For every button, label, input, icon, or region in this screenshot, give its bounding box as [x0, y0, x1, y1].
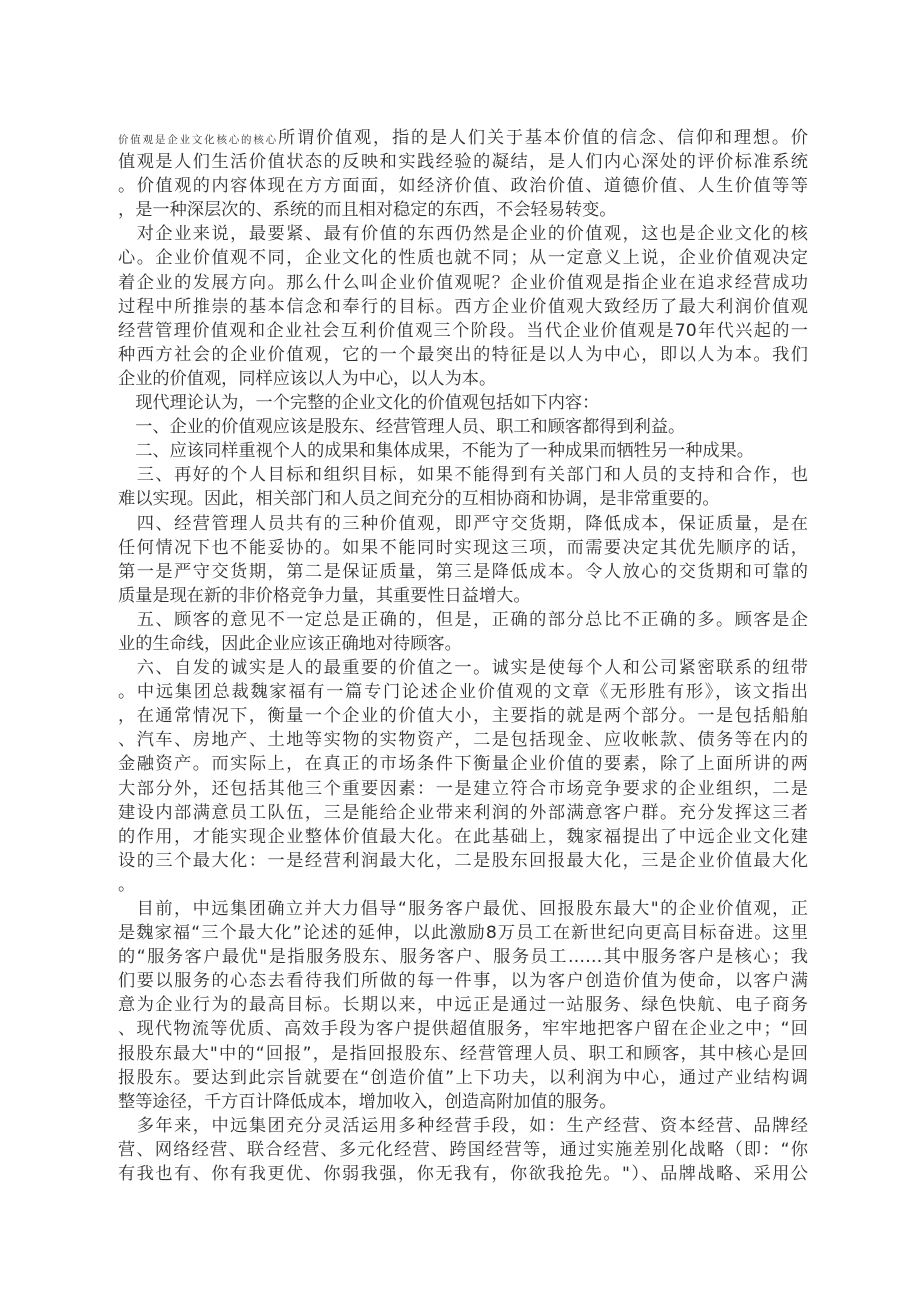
text-line-content: 所谓价值观，指的是人们关于基本价值的信念、信仰和理想。价	[278, 128, 808, 148]
text-line: 多年来，中远集团充分灵活运用多种经营手段，如：生产经营、资本经营、品牌经	[118, 1114, 808, 1138]
document-title-prefix: 价值观是企业文化核心的核心	[118, 134, 278, 146]
paragraph-intro: 价值观是企业文化核心的核心所谓价值观，指的是人们关于基本价值的信念、信仰和理想。…	[118, 126, 808, 222]
text-line: 。	[118, 873, 808, 897]
text-line: 着企业的发展方向。那么什么叫企业价值观呢？企业价值观是指企业在追求经营成功	[118, 271, 808, 295]
text-line: 价值观是企业文化核心的核心所谓价值观，指的是人们关于基本价值的信念、信仰和理想。…	[118, 126, 808, 150]
text-line: 的作用，才能实现企业整体价值最大化。在此基础上，魏家福提出了中远企业文化建	[118, 825, 808, 849]
text-line: 五、顾客的意见不一定总是正确的，但是，正确的部分总比不正确的多。顾客是企	[118, 608, 808, 632]
text-line: 目前，中远集团确立并大力倡导“服务客户最优、回报股东最大"的企业价值观，正	[118, 897, 808, 921]
text-line: 整等途径，千方百计降低成本，增加收入，创造高附加值的服务。	[118, 1090, 808, 1114]
text-line: ，是一种深层次的、系统的而且相对稳定的东西，不会轻易转变。	[118, 198, 808, 222]
text-line: 。中远集团总裁魏家福有一篇专门论述企业价值观的文章《无形胜有形》，该文指出	[118, 680, 808, 704]
text-line: 。价值观的内容体现在方方面面，如经济价值、政治价值、道德价值、人生价值等等	[118, 174, 808, 198]
paragraph-cosco-values: 目前，中远集团确立并大力倡导“服务客户最优、回报股东最大"的企业价值观，正 是魏…	[118, 897, 808, 1114]
text-line: 金融资产。而实际上，在真正的市场条件下衡量企业价值的要素，除了上面所讲的两	[118, 752, 808, 776]
text-line: 任何情况下也不能妥协的。如果不能同时实现这三项，而需要决定其优先顺序的话，	[118, 536, 808, 560]
text-line: 过程中所推崇的基本信念和奉行的目标。西方企业价值观大致经历了最大利润价值观	[118, 295, 808, 319]
text-line: 们要以服务的心态去看待我们所做的每一件事，以为客户创造价值为使命，以客户满	[118, 969, 808, 993]
text-line: 种西方社会的企业价值观，它的一个最突出的特征是以人为中心，即以人为本。我们	[118, 343, 808, 367]
text-line: 质量是现在新的非价格竞争力量，其重要性日益增大。	[118, 584, 808, 608]
text-line: 经营管理价值观和企业社会互利价值观三个阶段。当代企业价值观是70年代兴起的一	[118, 319, 808, 343]
text-line: 心。企业价值观不同，企业文化的性质也就不同；从一定意义上说，企业价值观决定	[118, 246, 808, 270]
text-line: 设的三个最大化：一是经营利润最大化，二是股东回报最大化，三是企业价值最大化	[118, 849, 808, 873]
text-line: 营、网络经营、联合经营、多元化经营、跨国经营等，通过实施差别化战略（即：“你	[118, 1138, 808, 1162]
text-line: 意为企业行为的最高目标。长期以来，中远正是通过一站服务、绿色快航、电子商务	[118, 993, 808, 1017]
document-page: 价值观是企业文化核心的核心所谓价值观，指的是人们关于基本价值的信念、信仰和理想。…	[118, 126, 808, 1186]
text-line: ，在通常情况下，衡量一个企业的价值大小，主要指的就是两个部分。一是包括船舶	[118, 704, 808, 728]
text-line: 报股东最大"中的“回报”，是指回报股东、经营管理人员、职工和顾客，其中核心是回	[118, 1042, 808, 1066]
text-line: 、现代物流等优质、高效手段为客户提供超值服务，牢牢地把客户留在企业之中；“回	[118, 1017, 808, 1041]
text-line: 难以实现。因此，相关部门和人员之间充分的互相协商和协调，是非常重要的。	[118, 487, 808, 511]
text-line: 有我也有、你有我更优、你弱我强，你无我有，你欲我抢先。"）、品牌战略、采用公	[118, 1162, 808, 1186]
text-line: 企业的价值观，同样应该以人为中心，以人为本。	[118, 367, 808, 391]
list-item-3: 三、再好的个人目标和组织目标，如果不能得到有关部门和人员的支持和合作，也 难以实…	[118, 463, 808, 511]
text-line: 是魏家福“三个最大化”论述的延伸，以此激励8万员工在新世纪向更高目标奋进。这里	[118, 921, 808, 945]
text-line: 大部分外，还包括其他三个重要因素：一是建立符合市场竞争要求的企业组织，二是	[118, 777, 808, 801]
text-line: 对企业来说，最要紧、最有价值的东西仍然是企业的价值观，这也是企业文化的核	[118, 222, 808, 246]
list-item-5: 五、顾客的意见不一定总是正确的，但是，正确的部分总比不正确的多。顾客是企 业的生…	[118, 608, 808, 656]
text-line: 的“服务客户最优"是指服务股东、服务客户、服务员工……其中服务客户是核心；我	[118, 945, 808, 969]
list-item-6: 六、自发的诚实是人的最重要的价值之一。诚实是使每个人和公司紧密联系的纽带 。中远…	[118, 656, 808, 897]
paragraph-business-strategies: 多年来，中远集团充分灵活运用多种经营手段，如：生产经营、资本经营、品牌经 营、网…	[118, 1114, 808, 1186]
list-item-4: 四、经营管理人员共有的三种价值观，即严守交货期，降低成本，保证质量，是在 任何情…	[118, 512, 808, 608]
text-line: 一、企业的价值观应该是股东、经营管理人员、职工和顾客都得到利益。	[118, 415, 808, 439]
text-line: 二、应该同样重视个人的成果和集体成果，不能为了一种成果而牺牲另一种成果。	[118, 439, 808, 463]
paragraph-modern-theory: 现代理论认为，一个完整的企业文化的价值观包括如下内容：	[118, 391, 808, 415]
text-line: 建设内部满意员工队伍，三是能给企业带来利润的外部满意客户群。充分发挥这三者	[118, 801, 808, 825]
text-line: 现代理论认为，一个完整的企业文化的价值观包括如下内容：	[118, 391, 808, 415]
text-line: 值观是人们生活价值状态的反映和实践经验的凝结，是人们内心深处的评价标准系统	[118, 150, 808, 174]
list-item-2: 二、应该同样重视个人的成果和集体成果，不能为了一种成果而牺牲另一种成果。	[118, 439, 808, 463]
list-item-1: 一、企业的价值观应该是股东、经营管理人员、职工和顾客都得到利益。	[118, 415, 808, 439]
text-line: 报股东。要达到此宗旨就要在“创造价值”上下功夫，以利润为中心，通过产业结构调	[118, 1066, 808, 1090]
text-line: 业的生命线，因此企业应该正确地对待顾客。	[118, 632, 808, 656]
text-line: 六、自发的诚实是人的最重要的价值之一。诚实是使每个人和公司紧密联系的纽带	[118, 656, 808, 680]
text-line: 、汽车、房地产、土地等实物的实物资产，二是包括现金、应收帐款、债务等在内的	[118, 728, 808, 752]
paragraph-enterprise-values: 对企业来说，最要紧、最有价值的东西仍然是企业的价值观，这也是企业文化的核 心。企…	[118, 222, 808, 391]
text-line: 第一是严守交货期，第二是保证质量，第三是降低成本。令人放心的交货期和可靠的	[118, 560, 808, 584]
text-line: 三、再好的个人目标和组织目标，如果不能得到有关部门和人员的支持和合作，也	[118, 463, 808, 487]
text-line: 四、经营管理人员共有的三种价值观，即严守交货期，降低成本，保证质量，是在	[118, 512, 808, 536]
